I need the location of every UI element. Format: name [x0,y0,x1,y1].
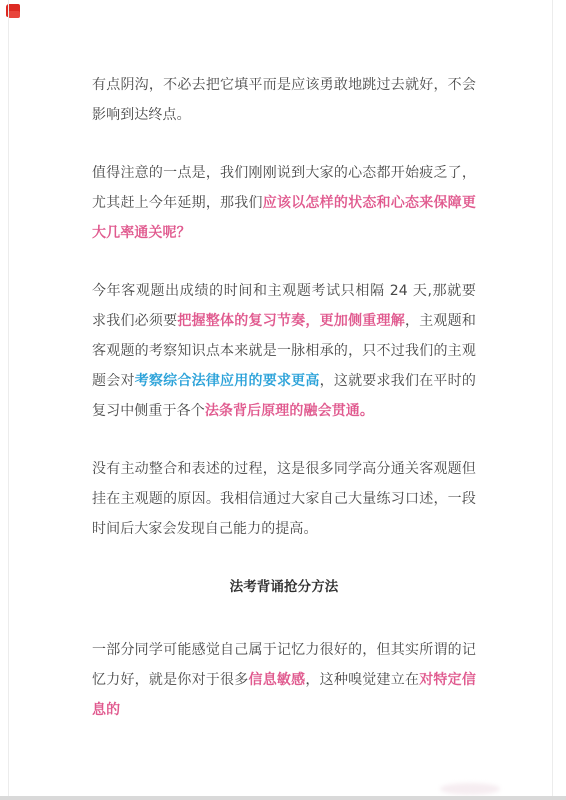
text-run-blue: 考察综合法律应用的要求更高 [135,373,320,389]
article-content: 有点阴沟，不必去把它填平而是应该勇敢地跳过去就好，不会影响到达终点。 值得注意的… [92,70,476,753]
text-run-normal: ，这种嗅觉建立在 [305,672,419,688]
text-run-normal: 有点阴沟，不必去把它填平而是应该勇敢地跳过去就好，不会影响到达终点。 [92,77,476,123]
text-run-pink: 信息敏感 [248,672,305,688]
paragraph-oral-practice: 没有主动整合和表述的过程，这是很多同学高分通关客观题但挂在主观题的原因。我相信通… [92,454,476,544]
text-run-heading: 法考背诵抢分方法 [230,579,339,595]
text-run-normal: 没有主动整合和表述的过程，这是很多同学高分通关客观题但挂在主观题的原因。我相信通… [92,461,476,537]
paragraph-mindset-question: 值得注意的一点是，我们刚刚说到大家的心态都开始疲乏了，尤其赶上今年延期，那我们应… [92,158,476,248]
page-bottom-edge [0,796,566,800]
text-run-pink: 把握整体的复习节奏，更加侧重理解 [177,313,405,329]
document-page: 有点阴沟，不必去把它填平而是应该勇敢地跳过去就好，不会影响到达终点。 值得注意的… [0,0,566,800]
photo-smudge-artifact [440,783,500,795]
text-run-pink: 法条背后原理的融会贯通。 [205,403,374,419]
section-heading-recitation-method: 法考背诵抢分方法 [92,572,476,602]
page-left-edge [8,0,9,800]
paragraph-exam-interval: 今年客观题出成绩的时间和主观题考试只相隔 24 天,那就要求我们必须要把握整体的… [92,276,476,426]
paragraph-ditch-advice: 有点阴沟，不必去把它填平而是应该勇敢地跳过去就好，不会影响到达终点。 [92,70,476,130]
paragraph-memory-sensitivity: 一部分同学可能感觉自己属于记忆力很好的，但其实所谓的记忆力好，就是你对于很多信息… [92,635,476,725]
page-right-edge [552,0,553,800]
